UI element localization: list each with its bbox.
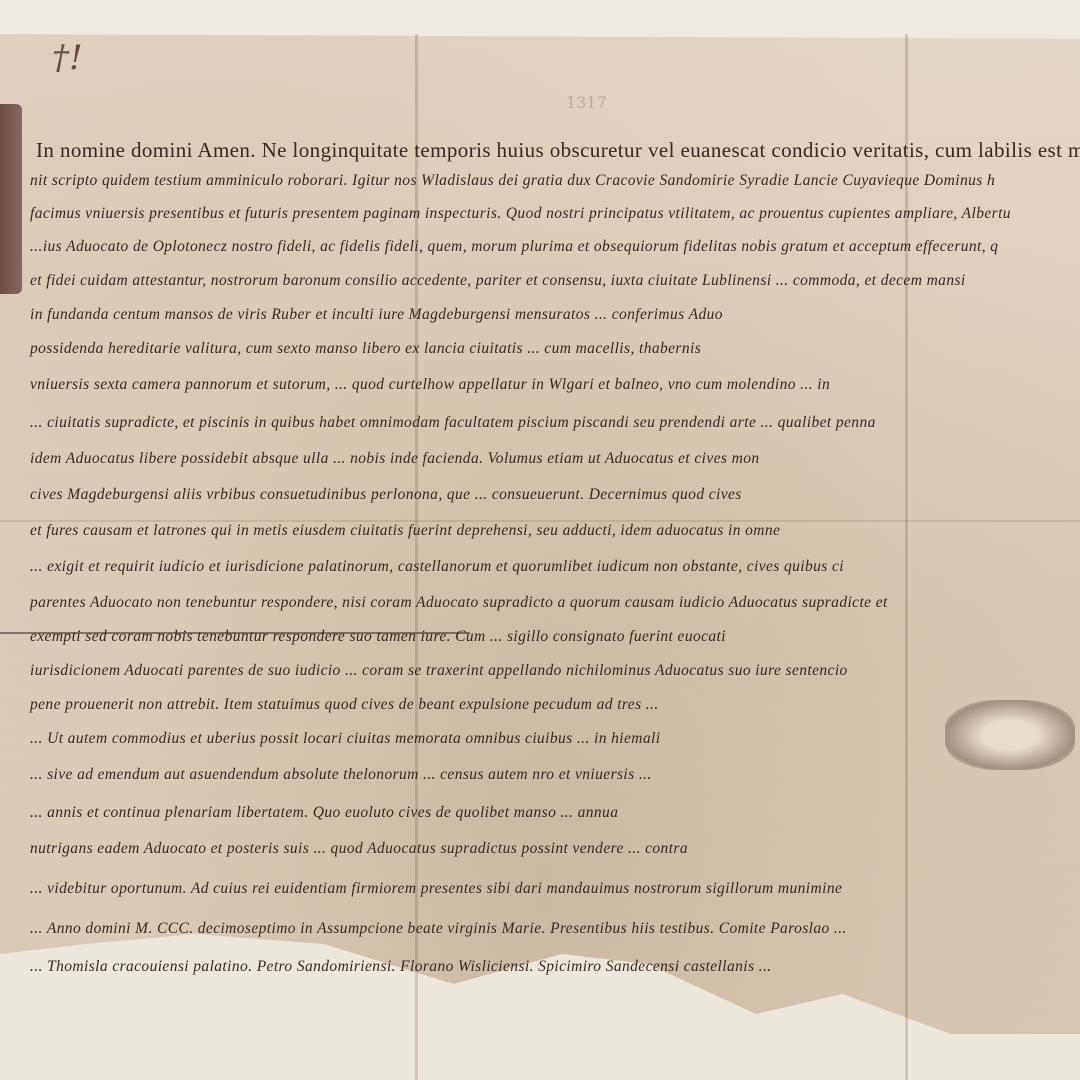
text-line: exempti sed coram nobis tenebuntur respo…	[30, 628, 726, 646]
text-line: ... exigit et requirit iudicio et iurisd…	[30, 558, 844, 576]
text-line: ... Anno domini M. CCC. decimoseptimo in…	[30, 920, 847, 938]
text-line: ... Ut autem commodius et uberius possit…	[30, 730, 660, 748]
text-line: possidenda hereditarie valitura, cum sex…	[30, 340, 701, 358]
text-line: vniuersis sexta camera pannorum et sutor…	[30, 376, 830, 394]
text-line: ... ciuitatis supradicte, et piscinis in…	[30, 414, 876, 432]
text-line: ... Thomisla cracouiensi palatino. Petro…	[30, 958, 772, 976]
text-line: ...ius Aduocato de Oplotonecz nostro fid…	[30, 238, 998, 256]
text-line: parentes Aduocato non tenebuntur respond…	[30, 594, 888, 612]
text-line: In nomine domini Amen. Ne longinquitate …	[36, 138, 1080, 163]
text-line: nutrigans eadem Aduocato et posteris sui…	[30, 840, 688, 858]
text-line: idem Aduocatus libere possidebit absque …	[30, 450, 760, 468]
text-line: cives Magdeburgensi aliis vrbibus consue…	[30, 486, 742, 504]
background-top	[0, 0, 1080, 36]
archive-number: 1317	[566, 93, 607, 112]
text-line: ... annis et continua plenariam libertat…	[30, 804, 618, 822]
text-line: ... sive ad emendum aut asuendendum abso…	[30, 766, 652, 784]
margin-mark: †!	[52, 38, 83, 78]
text-line: in fundanda centum mansos de viris Ruber…	[30, 306, 723, 324]
text-line: et fures causam et latrones qui in metis…	[30, 522, 780, 540]
text-line: et fidei cuidam attestantur, nostrorum b…	[30, 272, 966, 290]
text-line: iurisdicionem Aduocati parentes de suo i…	[30, 662, 848, 680]
illuminated-initial	[0, 104, 22, 294]
fold-crease	[905, 34, 908, 1080]
text-line: pene prouenerit non attrebit. Item statu…	[30, 696, 659, 714]
text-line: ... videbitur oportunum. Ad cuius rei eu…	[30, 880, 842, 898]
damage-stain	[945, 700, 1075, 770]
text-line: nit scripto quidem testium amminiculo ro…	[30, 172, 995, 190]
text-line: facimus vniuersis presentibus et futuris…	[30, 205, 1011, 223]
